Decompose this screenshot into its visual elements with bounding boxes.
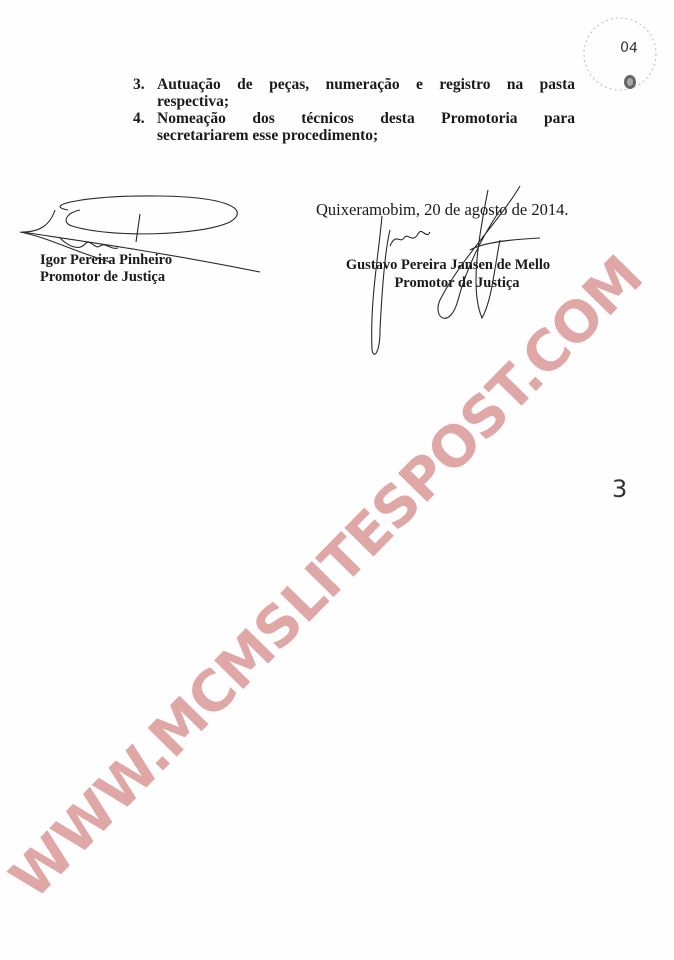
watermark: WWW.MCMSLITESPOST.COM: [2, 248, 653, 909]
list-item-text: Autuação de peças, numeração e registro …: [157, 76, 575, 93]
list-item-text-continued: secretariarem esse procedimento;: [157, 127, 575, 144]
protocol-stamp-icon: [576, 6, 660, 98]
signatory-role: Promotor de Justiça: [326, 274, 570, 292]
list-item-number: 3.: [133, 76, 145, 93]
stamp-page-number: 04: [619, 39, 638, 56]
page-number: 3: [612, 475, 627, 503]
list-item: 4. Nomeação dos técnicos desta Promotori…: [133, 110, 575, 144]
list-item: 3. Autuação de peças, numeração e regist…: [133, 76, 575, 110]
signatory-name: Gustavo Pereira Jansen de Mello: [326, 256, 570, 274]
signature-block-left: Igor Pereira Pinheiro Promotor de Justiç…: [40, 252, 172, 286]
signature-block-right: Gustavo Pereira Jansen de Mello Promotor…: [326, 256, 570, 292]
list-item-text: Nomeação dos técnicos desta Promotoria p…: [157, 110, 575, 127]
place-date: Quixeramobim, 20 de agosto de 2014.: [316, 200, 569, 220]
signatory-name: Igor Pereira Pinheiro: [40, 252, 172, 269]
numbered-list: 3. Autuação de peças, numeração e regist…: [133, 76, 575, 144]
list-item-text-continued: respectiva;: [157, 93, 575, 110]
document-page: 3. Autuação de peças, numeração e regist…: [0, 0, 674, 960]
list-item-number: 4.: [133, 110, 145, 127]
signatory-role: Promotor de Justiça: [40, 269, 172, 286]
